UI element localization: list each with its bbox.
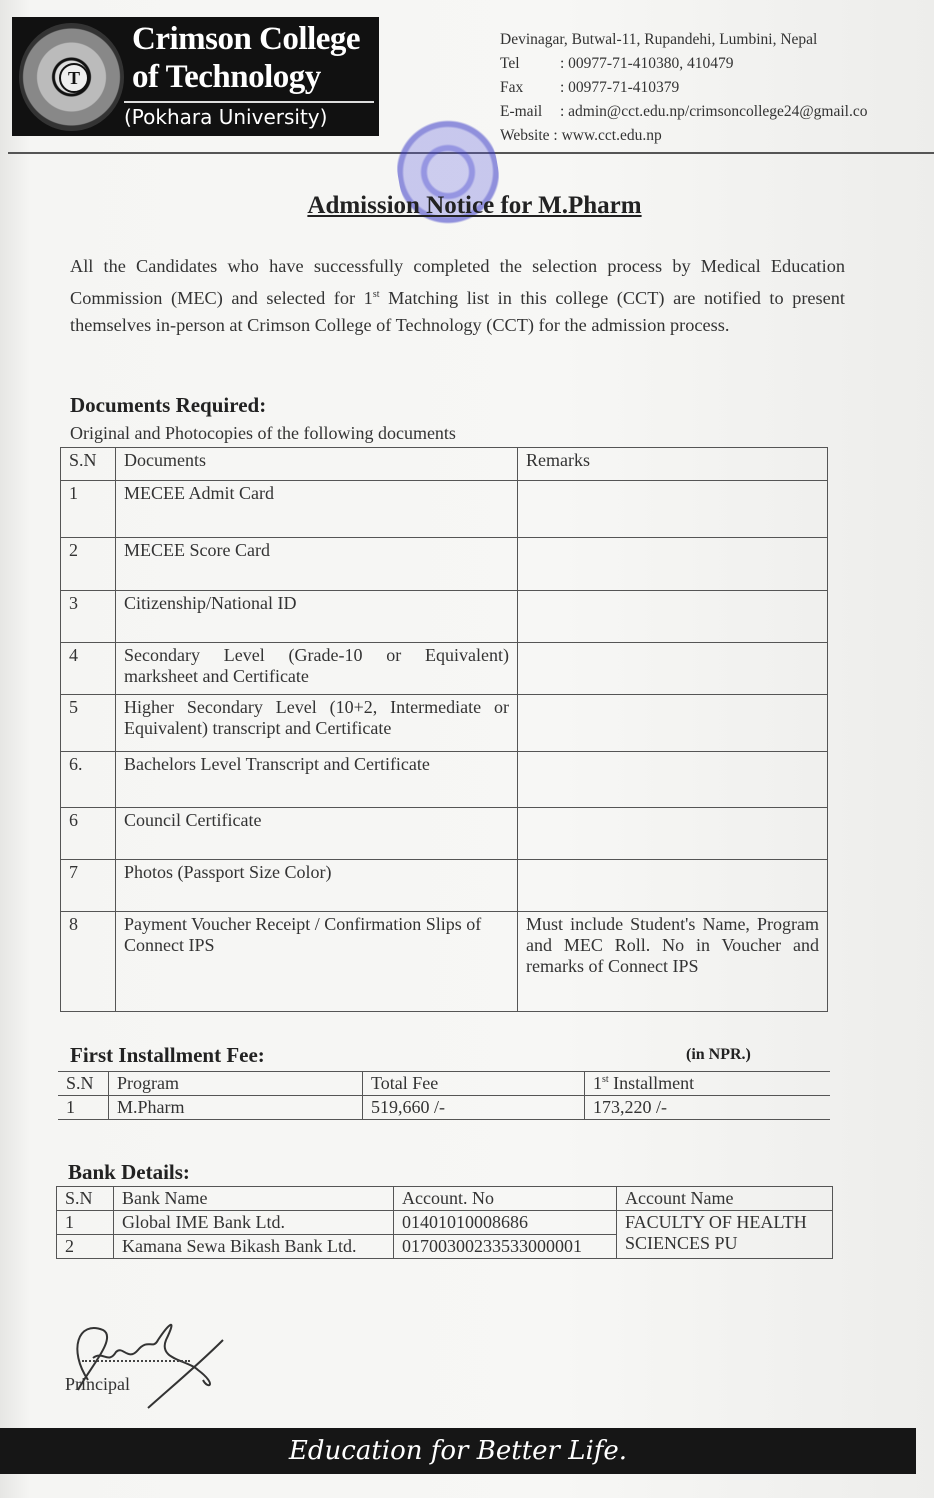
col-remarks: Remarks (518, 448, 828, 481)
table-row: 4Secondary Level (Grade-10 or Equivalent… (61, 643, 828, 695)
tagline: Education for Better Life. (289, 1436, 627, 1466)
tel-label: Tel (500, 52, 560, 76)
col-sn: S.N (61, 448, 116, 481)
table-row: 5Higher Secondary Level (10+2, Intermedi… (61, 695, 828, 752)
website-line: Website : www.cct.edu.np (500, 124, 867, 148)
contact-info: Devinagar, Butwal-11, Rupandehi, Lumbini… (500, 28, 867, 148)
table-row: 3Citizenship/National ID (61, 591, 828, 643)
college-emblem-icon: T (19, 23, 124, 131)
bank-heading: Bank Details: (68, 1160, 190, 1185)
email-value: : admin@cct.edu.np/crimsoncollege24@gmai… (560, 103, 867, 120)
table-row: 1MECEE Admit Card (61, 481, 828, 538)
fax-label: Fax (500, 76, 560, 100)
table-row: 2MECEE Score Card (61, 538, 828, 591)
documents-subheading: Original and Photocopies of the followin… (70, 423, 456, 444)
fax-line: Fax: 00977-71-410379 (500, 76, 867, 100)
table-row: 8Payment Voucher Receipt / Confirmation … (61, 912, 828, 1012)
college-name-line2: of Technology (132, 59, 321, 96)
documents-table: S.N Documents Remarks 1MECEE Admit Card … (60, 447, 828, 1012)
address: Devinagar, Butwal-11, Rupandehi, Lumbini… (500, 28, 867, 52)
website-value: : www.cct.edu.np (553, 127, 661, 144)
table-header-row: S.N Bank Name Account. No Account Name (57, 1187, 833, 1211)
col-first-installment: 1st Installment (585, 1072, 831, 1096)
college-name-line1: Crimson College (132, 21, 360, 58)
college-logo-banner: T Crimson College of Technology (Pokhara… (12, 17, 379, 136)
notice-title: Admission Notice for M.Pharm (0, 192, 934, 220)
fee-table: S.N Program Total Fee 1st Installment 1 … (58, 1071, 830, 1120)
fax-value: : 00977-71-410379 (560, 79, 679, 96)
account-name: FACULTY OF HEALTH SCIENCES PU (617, 1211, 833, 1259)
principal-signature-icon (48, 1310, 268, 1420)
website-label: Website (500, 127, 550, 144)
col-documents: Documents (116, 448, 518, 481)
documents-heading: Documents Required: (70, 393, 266, 418)
tel-line: Tel: 00977-71-410380, 410479 (500, 52, 867, 76)
logo-divider (124, 101, 374, 103)
currency-note: (in NPR.) (686, 1046, 751, 1064)
footer-tagline-banner: Education for Better Life. (0, 1428, 916, 1474)
email-line: E-mail: admin@cct.edu.np/crimsoncollege2… (500, 100, 867, 124)
intro-paragraph: All the Candidates who have successfully… (70, 253, 845, 340)
emblem-letter: T (59, 63, 89, 93)
table-row: 1 Global IME Bank Ltd. 01401010008686 FA… (57, 1211, 833, 1235)
table-row: 1 M.Pharm 519,660 /- 173,220 /- (58, 1096, 830, 1120)
table-row: 7Photos (Passport Size Color) (61, 860, 828, 912)
email-label: E-mail (500, 100, 560, 124)
table-row: 6.Bachelors Level Transcript and Certifi… (61, 752, 828, 808)
tel-value: : 00977-71-410380, 410479 (560, 55, 734, 72)
university-name: (Pokhara University) (124, 105, 327, 129)
principal-label: Principal (65, 1374, 130, 1395)
fee-heading: First Installment Fee: (70, 1043, 265, 1068)
table-row: 6Council Certificate (61, 808, 828, 860)
bank-table: S.N Bank Name Account. No Account Name 1… (56, 1186, 833, 1259)
table-header-row: S.N Documents Remarks (61, 448, 828, 481)
signature-line (82, 1360, 190, 1362)
table-header-row: S.N Program Total Fee 1st Installment (58, 1072, 830, 1096)
